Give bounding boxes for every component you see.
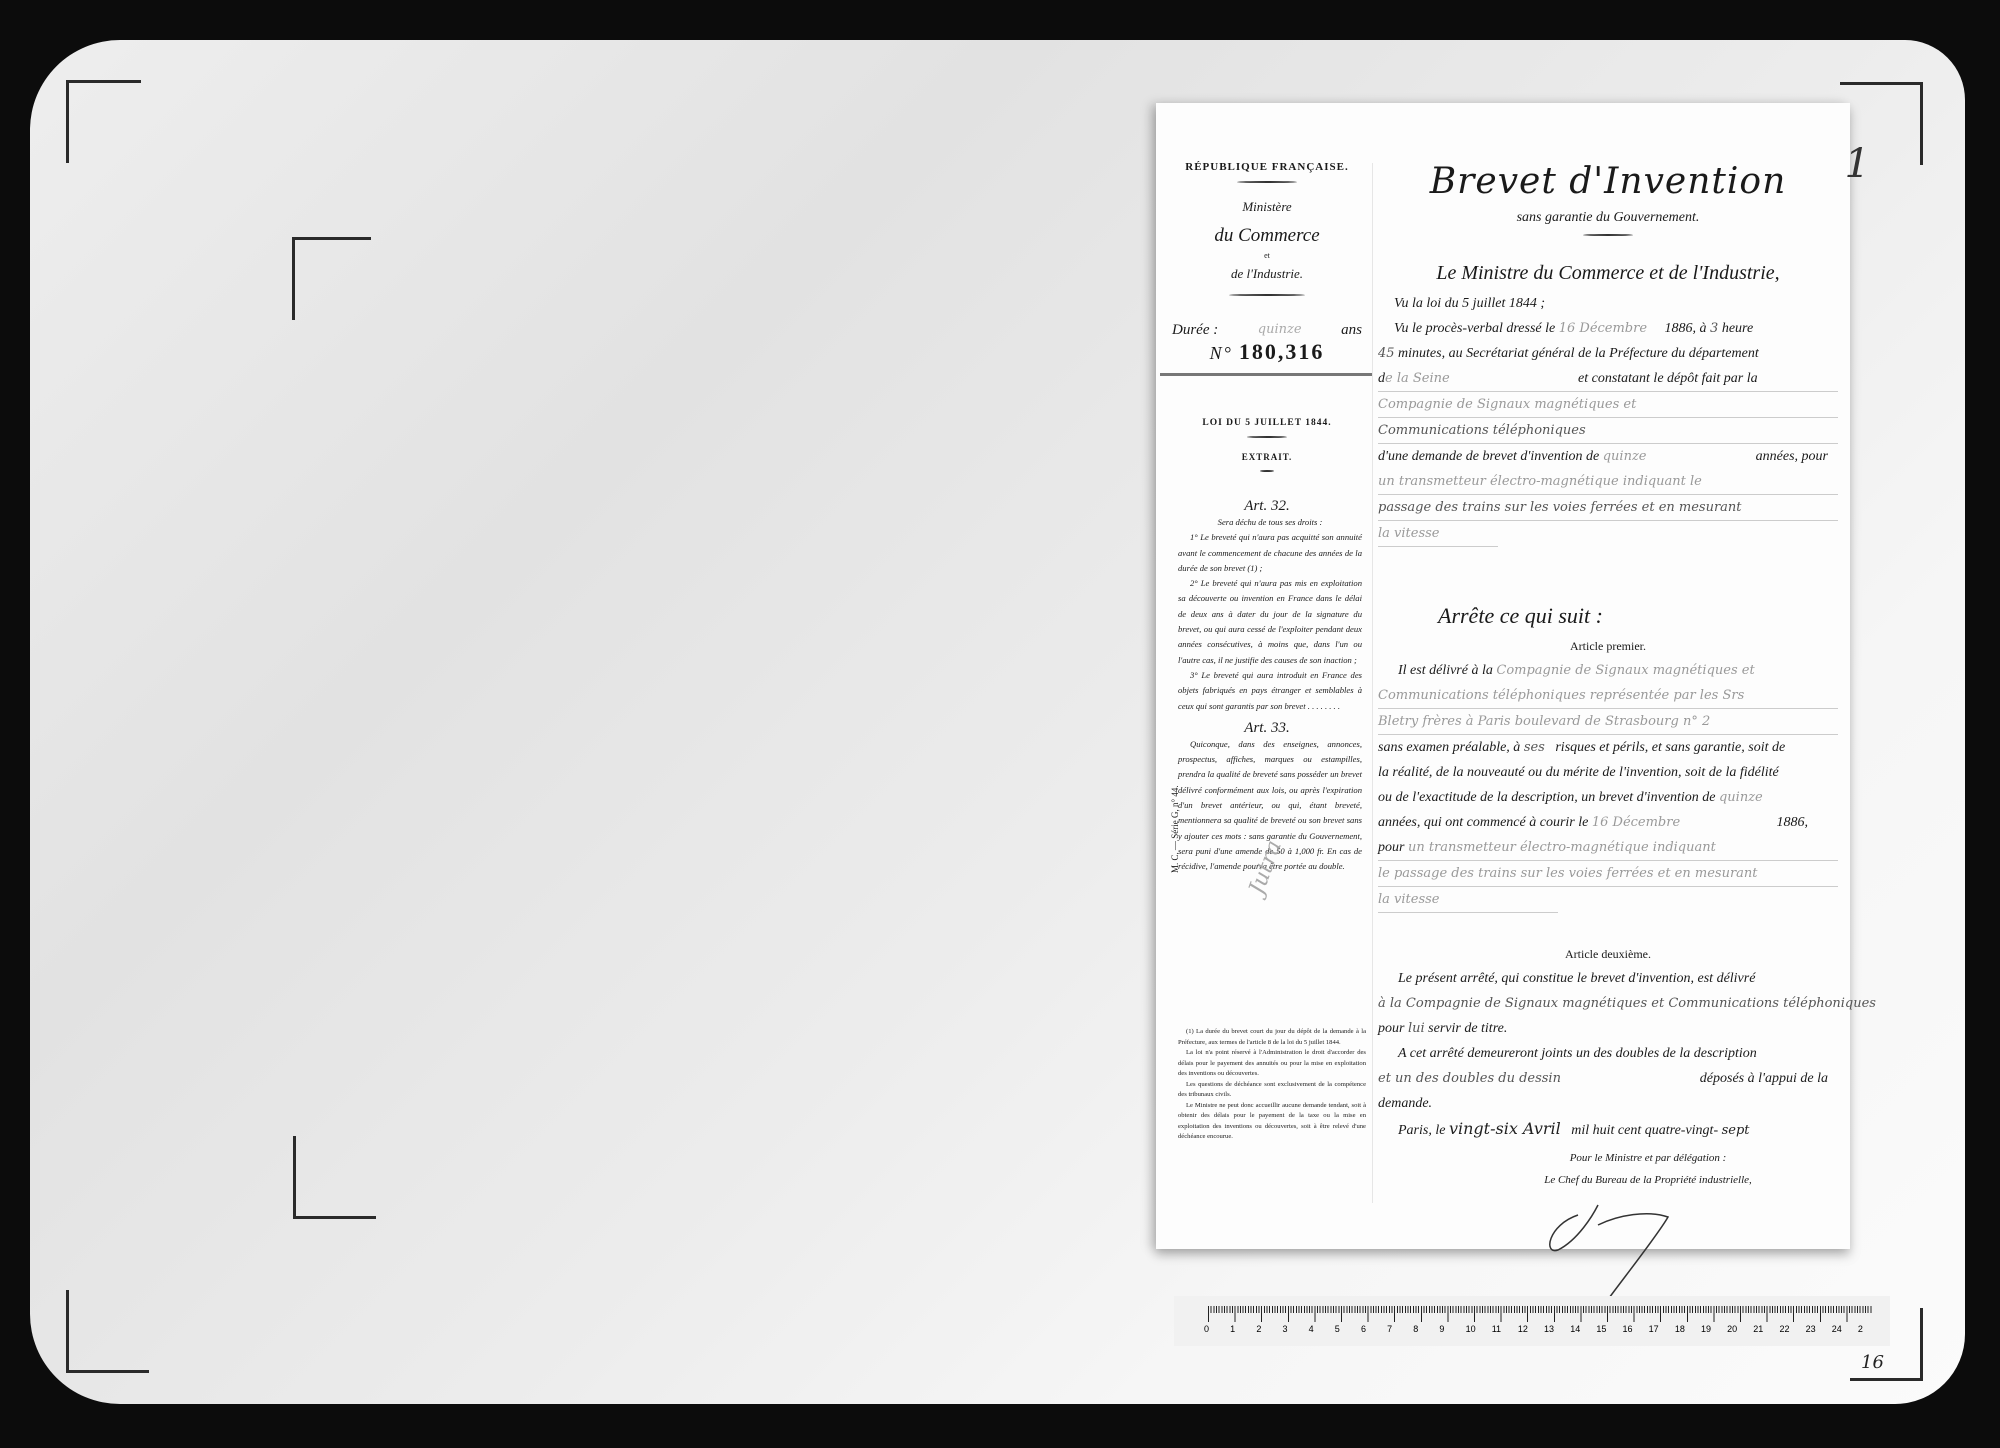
measurement-ruler: 0 1 2 3 4 5 6 7 8 9 10 11 12 13 14 15 16… bbox=[1174, 1296, 1890, 1346]
legal-paragraph: 2° Le breveté qui n'aura pas mis en expl… bbox=[1178, 576, 1362, 668]
ruler-label: 14 bbox=[1570, 1324, 1596, 1334]
patent-number: N°180,316 bbox=[1166, 339, 1368, 365]
paris-date-line: Paris, le vingt-six Avril mil huit cent … bbox=[1378, 1116, 1838, 1143]
ruler-label: 3 bbox=[1282, 1324, 1308, 1334]
rule-divider bbox=[1160, 373, 1372, 376]
ruler-label: 1 bbox=[1230, 1324, 1256, 1334]
paris-year: sept bbox=[1722, 1123, 1750, 1138]
pv-minutes-line: 45 minutes, au Secrétariat général de la… bbox=[1378, 341, 1838, 366]
ruler-label: 15 bbox=[1596, 1324, 1622, 1334]
article1-heading: Article premier. bbox=[1378, 639, 1838, 654]
duration-value: quinze bbox=[1258, 322, 1302, 339]
ruler-label: 7 bbox=[1387, 1324, 1413, 1334]
ruler-ticks bbox=[1208, 1306, 1873, 1322]
crop-mark-bottom-left bbox=[66, 1290, 149, 1373]
ruler-label: 2 bbox=[1256, 1324, 1282, 1334]
ministry-line1: Ministère bbox=[1166, 199, 1368, 215]
art32-text: Sera déchu de tous ses droits : 1° Le br… bbox=[1166, 515, 1368, 714]
ornament-divider bbox=[1229, 294, 1305, 296]
ruler-label: 6 bbox=[1361, 1324, 1387, 1334]
main-column: Brevet d'Invention sans garantie du Gouv… bbox=[1378, 103, 1838, 1320]
pv-hour-prefix: , à bbox=[1693, 321, 1707, 336]
paris-date: vingt-six Avril bbox=[1449, 1119, 1561, 1138]
art1-line-4: sans examen préalable, à ses risques et … bbox=[1378, 735, 1838, 760]
art1-duration: quinze bbox=[1719, 790, 1763, 805]
ruler-label: 24 bbox=[1832, 1324, 1858, 1334]
pv-year: 1886 bbox=[1665, 321, 1693, 336]
art1-company-3: Bletry frères à Paris boulevard de Stras… bbox=[1378, 709, 1838, 735]
legal-paragraph: 3° Le breveté qui aura introduit en Fran… bbox=[1178, 668, 1362, 714]
law-heading: LOI DU 5 JUILLET 1844. bbox=[1166, 418, 1368, 428]
arrete-heading: Arrête ce qui suit : bbox=[1438, 603, 1838, 629]
art2-line-6: demande. bbox=[1378, 1091, 1838, 1116]
vu-pv-line: Vu le procès-verbal dressé le 16 Décembr… bbox=[1378, 316, 1838, 341]
crop-mark-top-left bbox=[66, 80, 141, 163]
ruler-label: 21 bbox=[1753, 1324, 1779, 1334]
departement-prefix: d bbox=[1378, 371, 1385, 386]
pv-hour: 3 bbox=[1710, 321, 1718, 336]
ornament-divider bbox=[1583, 234, 1633, 236]
ruler-label: 10 bbox=[1466, 1324, 1492, 1334]
art2-pour: pour bbox=[1378, 1021, 1404, 1036]
delegation-line: Pour le Ministre et par délégation : bbox=[1378, 1147, 1838, 1169]
art1-text: sans examen préalable, à bbox=[1378, 740, 1520, 755]
art1-line-6: ou de l'exactitude de la description, un… bbox=[1378, 785, 1838, 810]
duration-label: Durée : bbox=[1172, 322, 1218, 339]
republic-heading: RÉPUBLIQUE FRANÇAISE. bbox=[1166, 161, 1368, 173]
art1-text: ou de l'exactitude de la description, un… bbox=[1378, 790, 1715, 805]
art2-text: déposés à l'appui de la bbox=[1700, 1066, 1828, 1091]
art1-text: risques et périls, et sans garantie, soi… bbox=[1555, 740, 1785, 755]
footnote-paragraph: Les questions de déchéance sont exclusiv… bbox=[1178, 1080, 1366, 1101]
crop-mark-inner-bottom-left bbox=[293, 1136, 376, 1219]
folio-number: 1 bbox=[1845, 141, 1870, 187]
art1-company-1: Compagnie de Signaux magnétiques et bbox=[1496, 663, 1754, 678]
series-mark: M. C. — Série G, n° 44. bbox=[1170, 785, 1180, 873]
art1-invention-2: le passage des trains sur les voies ferr… bbox=[1378, 861, 1838, 887]
paris-prefix: Paris, le bbox=[1398, 1123, 1445, 1138]
ruler-label: 13 bbox=[1544, 1324, 1570, 1334]
legal-paragraph: Sera déchu de tous ses droits : bbox=[1178, 515, 1362, 530]
ruler-labels: 0 1 2 3 4 5 6 7 8 9 10 11 12 13 14 15 16… bbox=[1204, 1324, 1884, 1334]
pv-minutes: 45 bbox=[1378, 346, 1395, 361]
demande-annees: années, pour bbox=[1756, 444, 1828, 469]
invention-line-1: un transmetteur électro-magnétique indiq… bbox=[1378, 469, 1838, 495]
invention-line-2: passage des trains sur les voies ferrées… bbox=[1378, 495, 1838, 521]
art2-text: servir de titre. bbox=[1428, 1021, 1507, 1036]
ruler-label: 2 bbox=[1858, 1324, 1884, 1334]
legal-paragraph: 1° Le breveté qui n'aura pas acquitté so… bbox=[1178, 530, 1362, 576]
ornament-divider bbox=[1260, 470, 1274, 472]
invention-line-3: la vitesse bbox=[1378, 521, 1498, 547]
pv-minutes-text: minutes, au Secrétariat général de la Pr… bbox=[1398, 346, 1759, 361]
art2-line-4: A cet arrêté demeureront joints un des d… bbox=[1378, 1041, 1838, 1066]
ruler-label: 16 bbox=[1623, 1324, 1649, 1334]
departement-value: e la Seine bbox=[1385, 371, 1450, 386]
art1-pour: pour bbox=[1378, 840, 1404, 855]
document-title: Brevet d'Invention bbox=[1378, 161, 1838, 202]
duration-unit: ans bbox=[1341, 322, 1362, 339]
patent-document: 1 RÉPUBLIQUE FRANÇAISE. Ministère du Com… bbox=[1156, 103, 1850, 1249]
pv-date: 16 Décembre bbox=[1559, 321, 1647, 336]
ornament-divider bbox=[1247, 436, 1287, 438]
ministry-line3: de l'Industrie. bbox=[1166, 266, 1368, 282]
art33-heading: Art. 33. bbox=[1166, 720, 1368, 737]
art1-year: 1886, bbox=[1777, 810, 1809, 835]
paris-year-text: mil huit cent quatre-vingt- bbox=[1571, 1123, 1718, 1138]
chef-bureau-line: Le Chef du Bureau de la Propriété indust… bbox=[1378, 1169, 1838, 1191]
vu-loi-line: Vu la loi du 5 juillet 1844 ; bbox=[1378, 291, 1838, 316]
scan-page-number: 16 bbox=[1861, 1352, 1884, 1373]
column-divider bbox=[1372, 163, 1373, 1203]
ruler-label: 4 bbox=[1309, 1324, 1335, 1334]
footnote-paragraph: Le Ministre ne peut donc accueillir aucu… bbox=[1178, 1101, 1366, 1143]
document-subtitle: sans garantie du Gouvernement. bbox=[1378, 210, 1838, 226]
left-column: RÉPUBLIQUE FRANÇAISE. Ministère du Comme… bbox=[1166, 103, 1368, 875]
ruler-label: 5 bbox=[1335, 1324, 1361, 1334]
ruler-label: 12 bbox=[1518, 1324, 1544, 1334]
demande-duration: quinze bbox=[1603, 449, 1647, 464]
art1-line-5: la réalité, de la nouveauté ou du mérite… bbox=[1378, 760, 1838, 785]
ruler-label: 22 bbox=[1779, 1324, 1805, 1334]
ruler-label: 11 bbox=[1492, 1324, 1518, 1334]
footnote-paragraph: (1) La durée du brevet court du jour du … bbox=[1178, 1027, 1366, 1048]
vu-pv-prefix: Vu le procès-verbal dressé le bbox=[1394, 321, 1555, 336]
art2-dessin: et un des doubles du dessin bbox=[1378, 1071, 1561, 1086]
ruler-label: 23 bbox=[1806, 1324, 1832, 1334]
number-label: N° bbox=[1210, 343, 1233, 363]
art1-line-8: pour un transmetteur électro-magnétique … bbox=[1378, 835, 1838, 861]
art1-date: 16 Décembre bbox=[1592, 815, 1680, 830]
demande-text: d'une demande de brevet d'invention de bbox=[1378, 449, 1599, 464]
art2-lui: lui bbox=[1408, 1021, 1425, 1036]
art1-company-2: Communications téléphoniques représentée… bbox=[1378, 683, 1838, 709]
art1-line-7: années, qui ont commencé à courir le 16 … bbox=[1378, 810, 1838, 835]
art1-line-1: Il est délivré à la Compagnie de Signaux… bbox=[1378, 658, 1838, 683]
crop-mark-inner-top-left bbox=[292, 237, 371, 320]
ruler-label: 18 bbox=[1675, 1324, 1701, 1334]
extract-heading: EXTRAIT. bbox=[1166, 452, 1368, 462]
article2-heading: Article deuxième. bbox=[1378, 947, 1838, 962]
ministry-line2: du Commerce bbox=[1166, 225, 1368, 247]
footnote: (1) La durée du brevet court du jour du … bbox=[1178, 1027, 1366, 1143]
ruler-label: 8 bbox=[1413, 1324, 1439, 1334]
ministry-et: et bbox=[1166, 251, 1368, 260]
ruler-label: 20 bbox=[1727, 1324, 1753, 1334]
art2-line-5: et un des doubles du dessin déposés à l'… bbox=[1378, 1066, 1838, 1091]
pv-hour-suffix: heure bbox=[1722, 321, 1753, 336]
art2-line-3: pour lui servir de titre. bbox=[1378, 1016, 1838, 1041]
depot-text: et constatant le dépôt fait par la bbox=[1578, 366, 1758, 391]
footnote-paragraph: La loi n'a point réservé à l'Administrat… bbox=[1178, 1048, 1366, 1080]
art1-invention-3: la vitesse bbox=[1378, 887, 1558, 913]
duration-field: Durée : quinze ans bbox=[1166, 322, 1368, 339]
art2-company: à la Compagnie de Signaux magnétiques et… bbox=[1378, 991, 1838, 1016]
ruler-label: 0 bbox=[1204, 1324, 1230, 1334]
art1-invention-1: un transmetteur électro-magnétique indiq… bbox=[1408, 840, 1716, 855]
ornament-divider bbox=[1237, 181, 1297, 183]
demande-line: d'une demande de brevet d'invention de q… bbox=[1378, 444, 1838, 469]
minister-heading: Le Ministre du Commerce et de l'Industri… bbox=[1378, 262, 1838, 285]
depositor-line-1: Compagnie de Signaux magnétiques et bbox=[1378, 392, 1838, 418]
art1-ses: ses bbox=[1524, 740, 1545, 755]
art32-heading: Art. 32. bbox=[1166, 498, 1368, 515]
depositor-line-2: Communications téléphoniques bbox=[1378, 418, 1838, 444]
art2-line-1: Le présent arrêté, qui constitue le brev… bbox=[1378, 966, 1838, 991]
art1-prefix: Il est délivré à la bbox=[1398, 663, 1493, 678]
ruler-label: 17 bbox=[1649, 1324, 1675, 1334]
ruler-label: 9 bbox=[1439, 1324, 1465, 1334]
departement-line: de la Seine et constatant le dépôt fait … bbox=[1378, 366, 1838, 392]
number-value: 180,316 bbox=[1239, 339, 1325, 364]
art1-text: années, qui ont commencé à courir le bbox=[1378, 815, 1588, 830]
ruler-label: 19 bbox=[1701, 1324, 1727, 1334]
